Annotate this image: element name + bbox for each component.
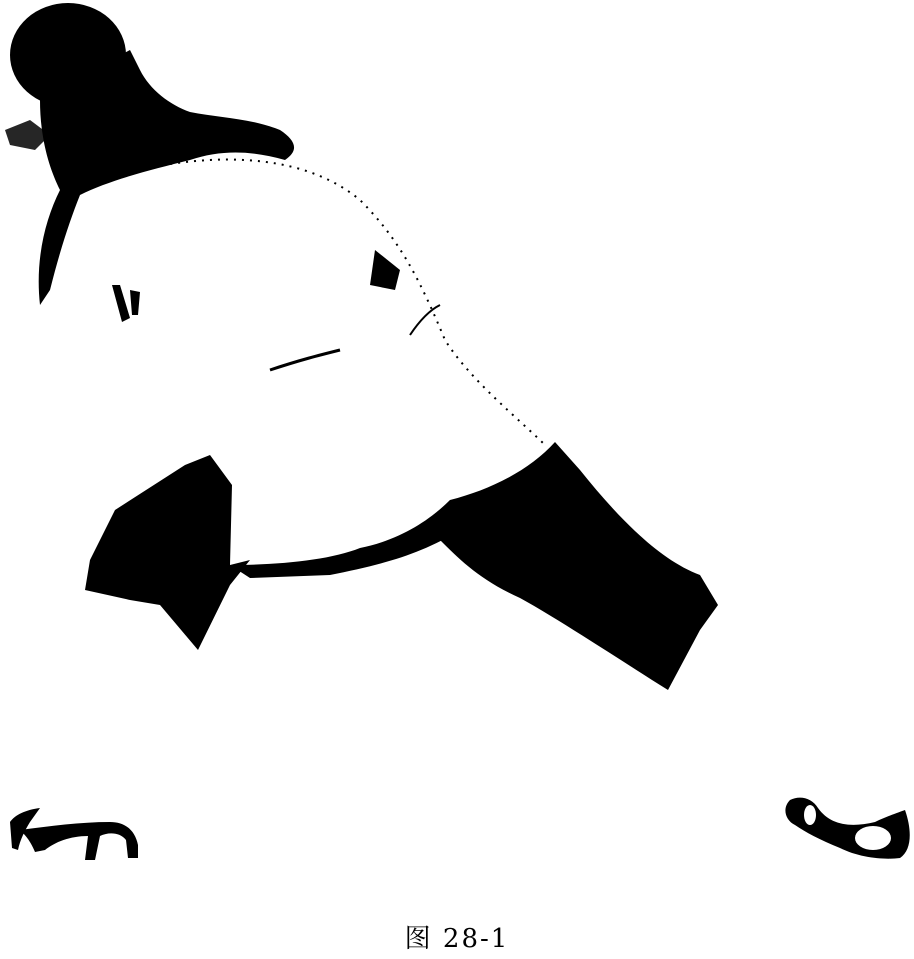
fold-mark (270, 350, 340, 370)
belt-mark (370, 250, 400, 290)
figure-photo (0, 0, 914, 900)
fold-mark-2 (410, 305, 440, 335)
hand-mark (112, 285, 140, 322)
rear-leg-shape (85, 455, 250, 650)
stance-illustration (0, 0, 914, 900)
right-shoe-shape (785, 798, 909, 859)
crotch-shape (230, 500, 460, 578)
torso-outline (100, 160, 545, 445)
front-leg-shape (440, 442, 718, 690)
left-shoe-shape (10, 808, 138, 860)
figure-caption: 图 28-1 (0, 918, 914, 955)
